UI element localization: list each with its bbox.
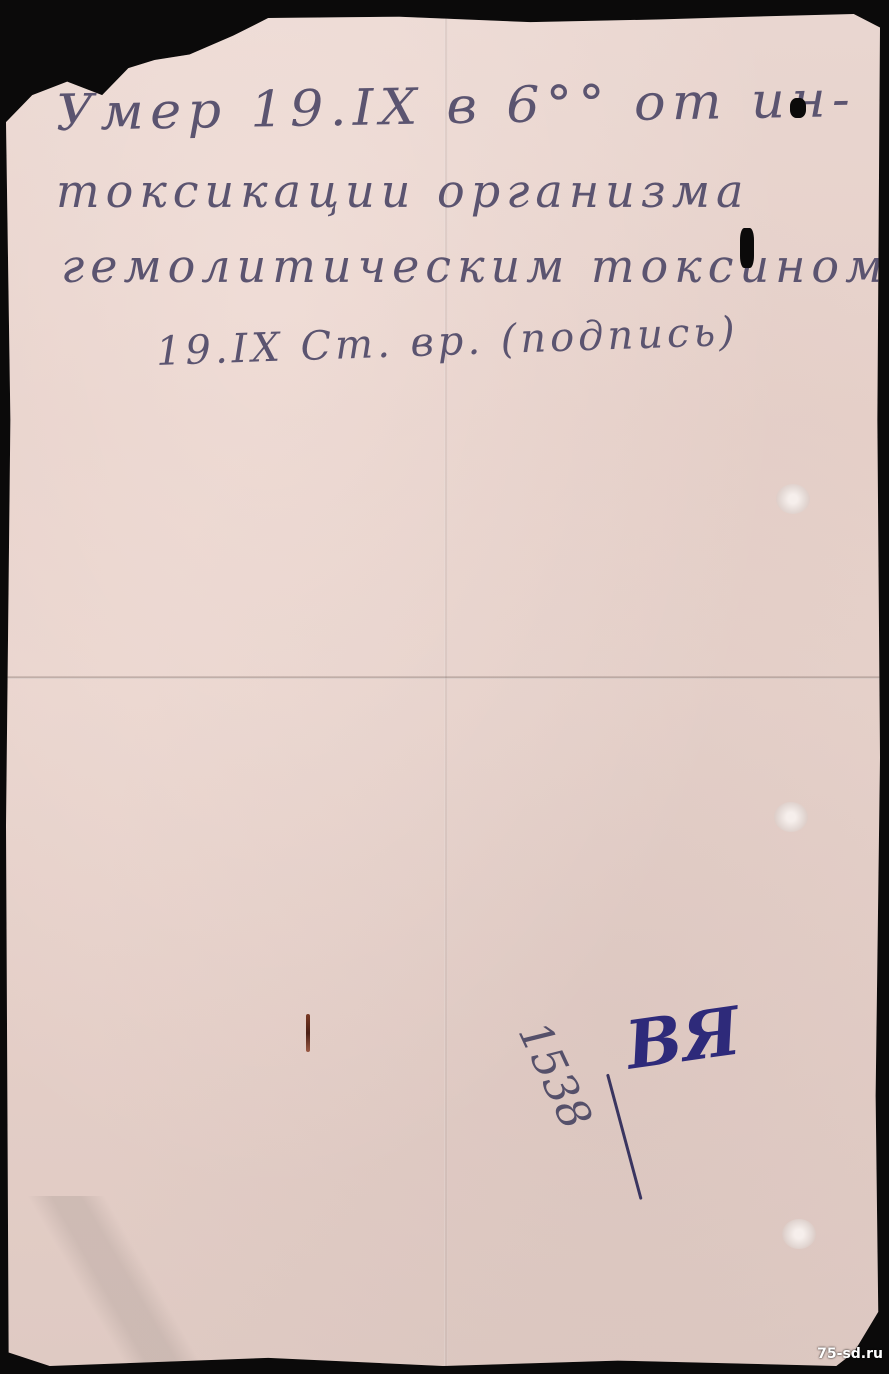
punch-hole-icon [782, 1219, 816, 1249]
handwritten-line-3: гемолитическим токсином [61, 239, 889, 293]
diagonal-stain [6, 1196, 206, 1366]
punch-hole-icon [774, 802, 808, 832]
paper-hole [790, 98, 806, 118]
document-page: Умер 19.IX в 6°° от ин- токсикации орган… [6, 14, 880, 1366]
horizontal-fold-line [6, 676, 880, 679]
site-watermark: 75-sd.ru [817, 1346, 883, 1362]
handwritten-line-1: Умер 19.IX в 6°° от ин- [55, 70, 856, 142]
blue-ink-mark: ВЯ [621, 991, 745, 1084]
pen-stroke [606, 1074, 643, 1200]
rust-stain [306, 1014, 310, 1052]
handwritten-line-2: токсикации организма [56, 164, 749, 218]
punch-hole-icon [776, 484, 810, 514]
paper-tear [740, 228, 754, 268]
pencil-archive-number: 1538 [508, 1014, 602, 1137]
